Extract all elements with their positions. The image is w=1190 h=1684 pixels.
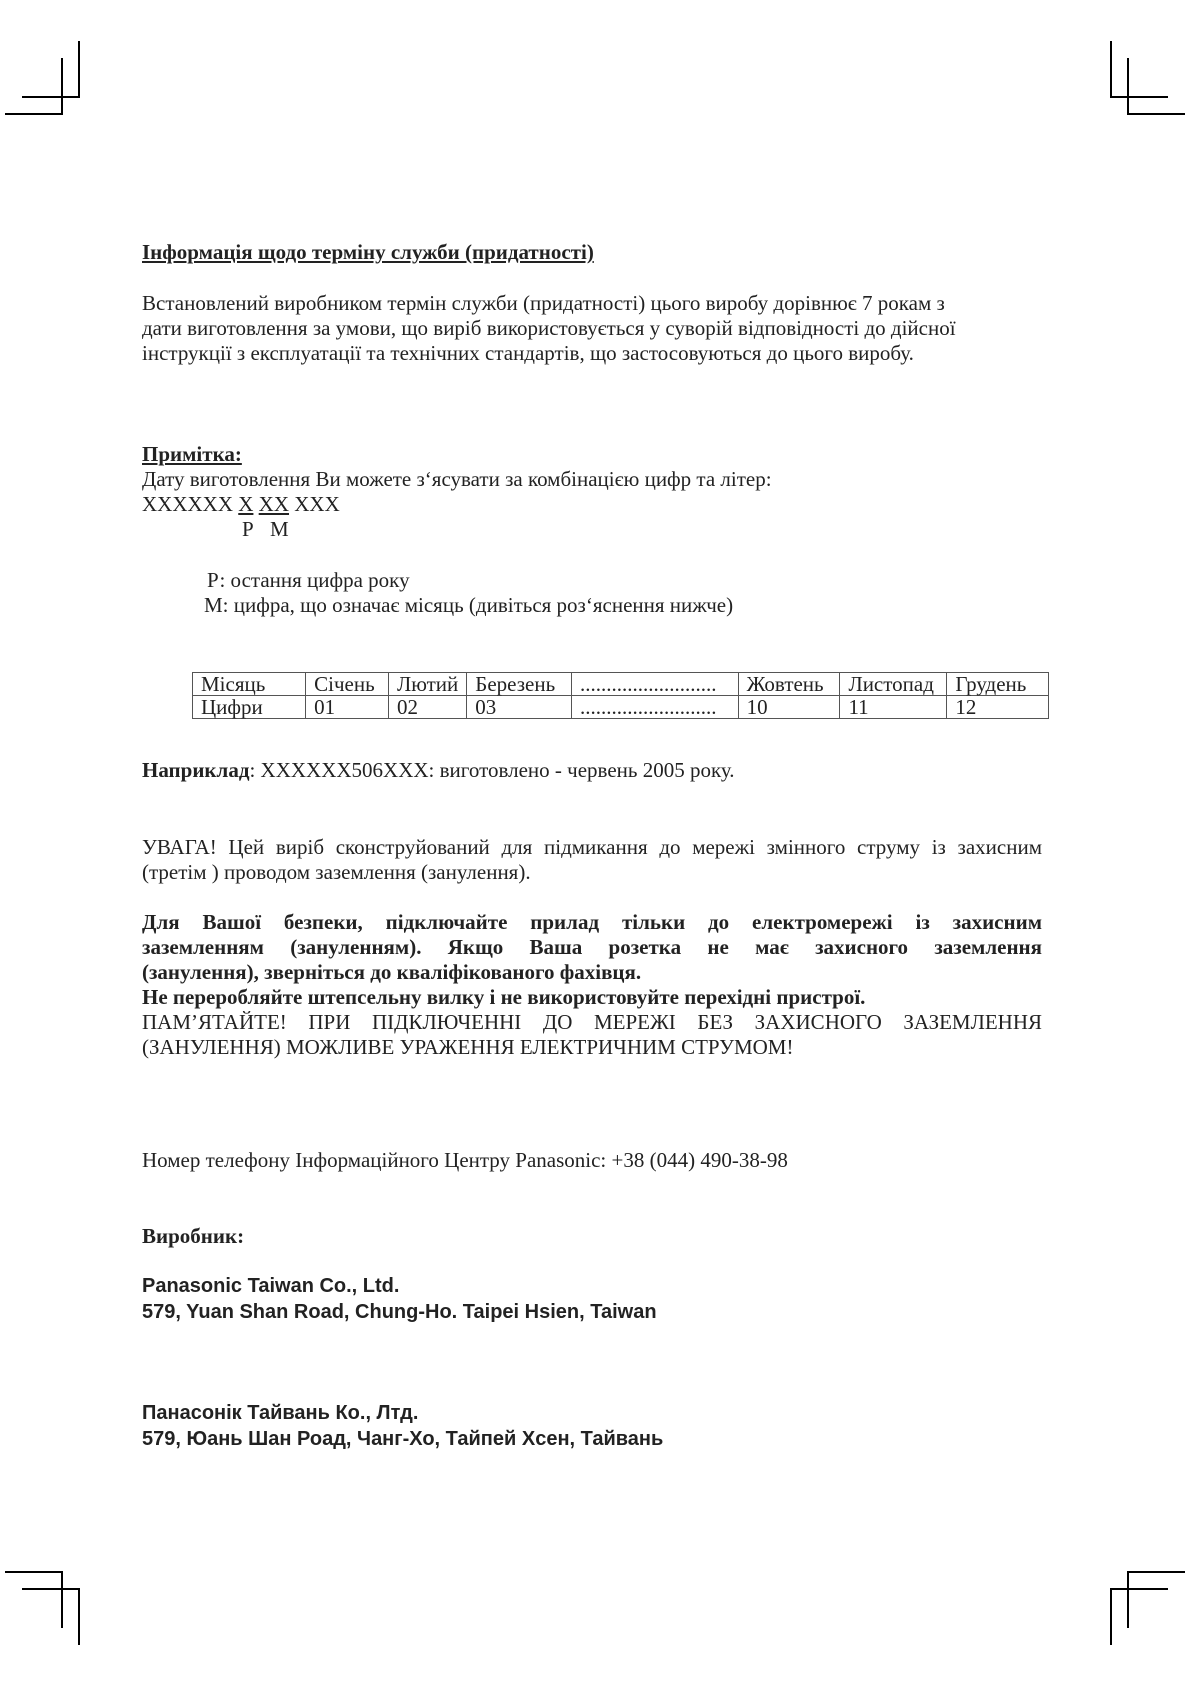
crop-mark xyxy=(1110,1588,1168,1590)
warning-paragraph: УВАГА! Цей виріб сконструйований для під… xyxy=(142,835,1042,885)
code-label-month: М xyxy=(270,517,289,542)
safety-paragraph: Для Вашої безпеки, підключайте прилад ті… xyxy=(142,910,1042,1010)
paragraph-line: (третім ) проводом заземлення (занулення… xyxy=(142,860,1042,885)
month-code-table: Місяць Січень Лютий Березень ...........… xyxy=(192,672,1049,719)
code-prefix: XXXXXX xyxy=(142,492,233,516)
crop-mark xyxy=(61,1571,63,1628)
table-cell: 10 xyxy=(738,696,840,719)
manufacturer-latin-name: Panasonic Taiwan Co., Ltd. xyxy=(142,1273,399,1299)
explain-year: Р: остання цифра року xyxy=(207,568,410,593)
paragraph-line: Не переробляйте штепсельну вилку і не ви… xyxy=(142,985,1042,1010)
manufacturer-latin-address: 579, Yuan Shan Road, Chung-Ho. Taipei Hs… xyxy=(142,1299,657,1325)
table-cell: .......................... xyxy=(572,673,739,696)
table-cell: Місяць xyxy=(193,673,306,696)
table-cell: 01 xyxy=(306,696,389,719)
paragraph-line: ПАМ’ЯТАЙТЕ! ПРИ ПІДКЛЮЧЕННІ ДО МЕРЕЖІ БЕ… xyxy=(142,1010,1042,1035)
code-month: XX xyxy=(259,492,289,516)
table-cell: Жовтень xyxy=(738,673,840,696)
crop-mark xyxy=(5,1571,63,1573)
crop-mark xyxy=(1110,1588,1112,1645)
paragraph-line: Для Вашої безпеки, підключайте прилад ті… xyxy=(142,910,1042,935)
crop-mark xyxy=(1110,96,1168,98)
paragraph-line: (ЗАНУЛЕННЯ) МОЖЛИВЕ УРАЖЕННЯ ЕЛЕКТРИЧНИМ… xyxy=(142,1035,1042,1060)
crop-mark xyxy=(22,1588,80,1590)
table-cell: 11 xyxy=(840,696,947,719)
table-cell: Грудень xyxy=(947,673,1049,696)
section-title: Інформація щодо терміну служби (придатно… xyxy=(142,240,594,265)
caps-warning: ПАМ’ЯТАЙТЕ! ПРИ ПІДКЛЮЧЕННІ ДО МЕРЕЖІ БЕ… xyxy=(142,1010,1042,1060)
crop-mark xyxy=(61,58,63,115)
code-suffix: XXX xyxy=(294,492,340,516)
crop-mark xyxy=(1127,113,1185,115)
example-label: Наприклад xyxy=(142,758,249,782)
service-life-paragraph: Встановлений виробником термін служби (п… xyxy=(142,291,956,366)
code-year: X xyxy=(238,492,253,516)
table-cell: 03 xyxy=(467,696,572,719)
note-heading: Примітка: xyxy=(142,442,242,467)
manufacturer-cyrillic-name: Панасонік Тайвань Ко., Лтд. xyxy=(142,1400,418,1426)
paragraph-line: (занулення), зверніться до кваліфіковано… xyxy=(142,960,1042,985)
crop-mark xyxy=(1110,41,1112,98)
crop-mark xyxy=(22,96,80,98)
example-line: Наприклад: XXXXXX506XXX: виготовлено - ч… xyxy=(142,758,735,783)
note-intro: Дату виготовлення Ви можете з‘ясувати за… xyxy=(142,467,772,492)
table-cell: Лютий xyxy=(388,673,466,696)
table-cell: 12 xyxy=(947,696,1049,719)
crop-mark xyxy=(78,41,80,98)
table-cell: Листопад xyxy=(840,673,947,696)
table-cell: Січень xyxy=(306,673,389,696)
date-code-format: XXXXXX X XX XXX xyxy=(142,492,340,517)
crop-mark xyxy=(78,1588,80,1645)
code-label-year: Р xyxy=(242,517,254,542)
crop-mark xyxy=(1127,1571,1129,1628)
table-cell: Цифри xyxy=(193,696,306,719)
example-text: : XXXXXX506XXX: виготовлено - червень 20… xyxy=(249,758,734,782)
paragraph-line: заземленням (зануленням). Якщо Ваша розе… xyxy=(142,935,1042,960)
crop-mark xyxy=(1127,1571,1185,1573)
table-cell: .......................... xyxy=(572,696,739,719)
table-cell: 02 xyxy=(388,696,466,719)
paragraph-line: Встановлений виробником термін служби (п… xyxy=(142,291,956,316)
crop-mark xyxy=(1127,58,1129,115)
explain-month: М: цифра, що означає місяць (дивіться ро… xyxy=(204,593,733,618)
paragraph-line: інструкції з експлуатації та технічних с… xyxy=(142,341,956,366)
table-cell: Березень xyxy=(467,673,572,696)
paragraph-line: УВАГА! Цей виріб сконструйований для під… xyxy=(142,835,1042,860)
paragraph-line: дати виготовлення за умови, що виріб вик… xyxy=(142,316,956,341)
manufacturer-heading: Виробник: xyxy=(142,1224,244,1249)
phone-line: Номер телефону Інформаційного Центру Pan… xyxy=(142,1148,788,1173)
table-row: Цифри 01 02 03 .........................… xyxy=(193,696,1049,719)
manufacturer-cyrillic-address: 579, Юань Шан Роад, Чанг-Хо, Тайпей Хсен… xyxy=(142,1426,663,1452)
crop-mark xyxy=(5,113,63,115)
table-row: Місяць Січень Лютий Березень ...........… xyxy=(193,673,1049,696)
